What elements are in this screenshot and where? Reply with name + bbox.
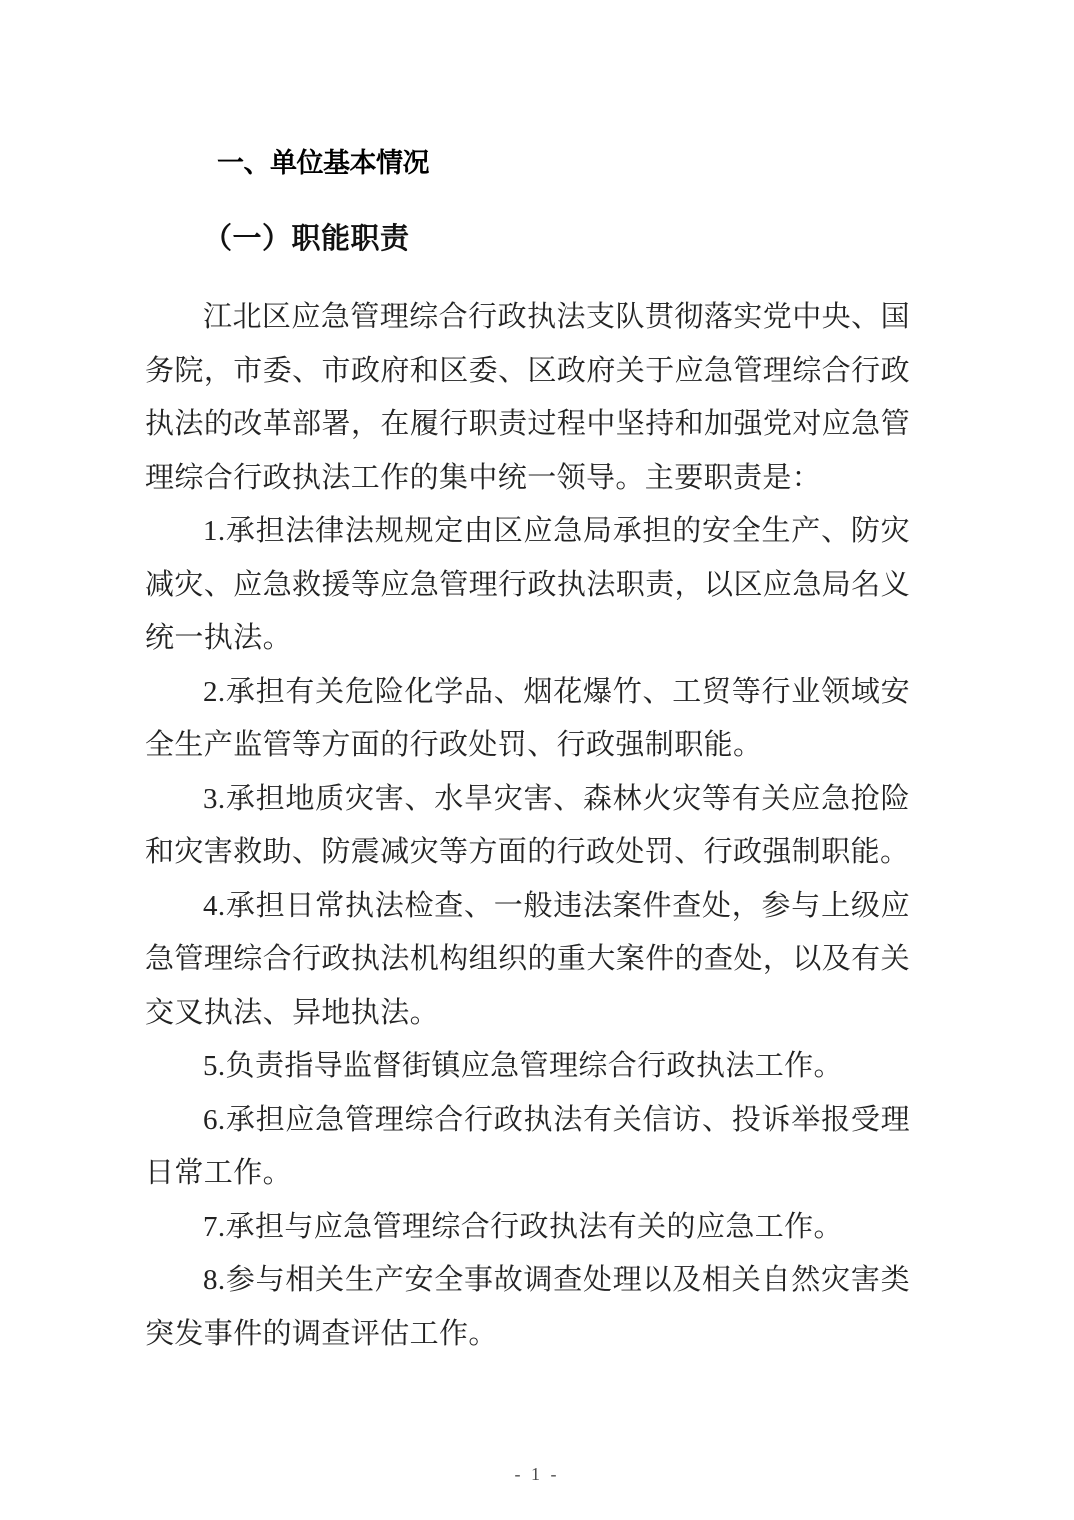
document-body: 江北区应急管理综合行政执法支队贯彻落实党中央、国务院，市委、市政府和区委、区政府… bbox=[145, 291, 910, 1361]
page-number: - 1 - bbox=[0, 1464, 1074, 1485]
subsection-heading: （一）职能职责 bbox=[145, 216, 910, 257]
duty-item-8: 8.参与相关生产安全事故调查处理以及相关自然灾害类突发事件的调查评估工作。 bbox=[145, 1254, 910, 1361]
section-heading: 一、单位基本情况 bbox=[145, 141, 910, 180]
duty-item-5: 5.负责指导监督街镇应急管理综合行政执法工作。 bbox=[145, 1040, 910, 1094]
duty-item-7: 7.承担与应急管理综合行政执法有关的应急工作。 bbox=[145, 1201, 910, 1255]
duty-item-1: 1.承担法律法规规定由区应急局承担的安全生产、防灾减灾、应急救援等应急管理行政执… bbox=[145, 505, 910, 666]
duty-item-3: 3.承担地质灾害、水旱灾害、森林火灾等有关应急抢险和灾害救助、防震减灾等方面的行… bbox=[145, 773, 910, 880]
duty-item-2: 2.承担有关危险化学品、烟花爆竹、工贸等行业领域安全生产监管等方面的行政处罚、行… bbox=[145, 666, 910, 773]
document-page: 一、单位基本情况 （一）职能职责 江北区应急管理综合行政执法支队贯彻落实党中央、… bbox=[0, 0, 1074, 1520]
duty-item-4: 4.承担日常执法检查、一般违法案件查处，参与上级应急管理综合行政执法机构组织的重… bbox=[145, 880, 910, 1041]
duty-item-6: 6.承担应急管理综合行政执法有关信访、投诉举报受理日常工作。 bbox=[145, 1094, 910, 1201]
intro-paragraph: 江北区应急管理综合行政执法支队贯彻落实党中央、国务院，市委、市政府和区委、区政府… bbox=[145, 291, 910, 505]
